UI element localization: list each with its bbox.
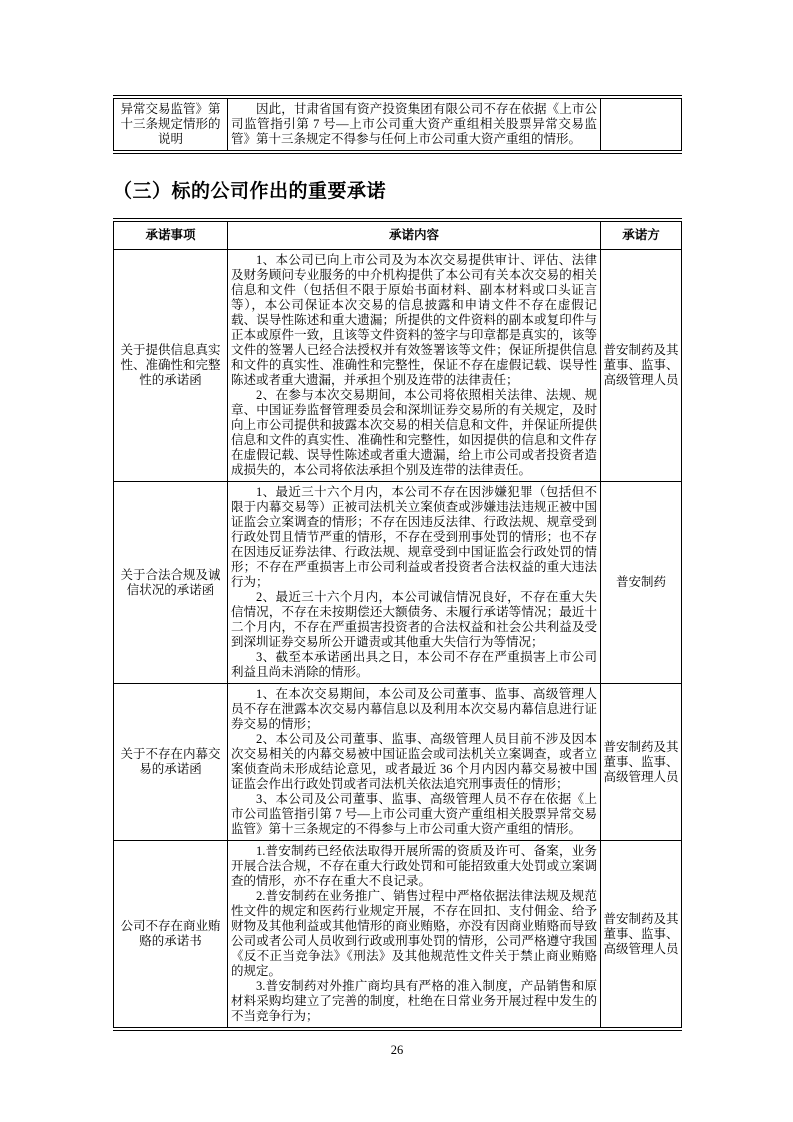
content-paragraph: 3.普安制药对外推广商均具有严格的准入制度，产品销售和原材料采购均建立了完善的制… bbox=[231, 979, 597, 1024]
commitments-table: 承诺事项 承诺内容 承诺方 关于提供信息真实性、准确性和完整性的承诺函1、本公司… bbox=[113, 218, 682, 1031]
content-paragraph: 2、最近三十六个月内，本公司诚信情况良好，不存在重大失信情况，不存在未按期偿还大… bbox=[231, 590, 597, 650]
content-paragraph: 1、最近三十六个月内，本公司不存在因涉嫌犯罪（包括但不限于内幕交易等）正被司法机… bbox=[231, 485, 597, 590]
content-paragraph: 2、在参与本次交易期间，本公司将依照相关法律、法规、规章、中国证券监督管理委员会… bbox=[231, 388, 597, 478]
commitment-party: 普安制药及其董事、监事、高级管理人员 bbox=[601, 684, 682, 841]
table-row: 关于不存在内幕交易的承诺函1、在本次交易期间，本公司及公司董事、监事、高级管理人… bbox=[114, 684, 682, 841]
content-paragraph: 3、本公司及公司董事、监事、高级管理人员不存在依据《上市公司监管指引第 7 号—… bbox=[231, 792, 597, 837]
content-paragraph: 1、本公司已向上市公司及为本次交易提供审计、评估、法律及财务顾问专业服务的中介机… bbox=[231, 253, 597, 388]
continued-commitments-table: 异常交易监管》第十三条规定情形的说明 因此，甘肃省国有资产投资集团有限公司不存在… bbox=[113, 95, 682, 154]
page-number: 26 bbox=[113, 1043, 681, 1058]
table-row: 关于提供信息真实性、准确性和完整性的承诺函1、本公司已向上市公司及为本次交易提供… bbox=[114, 250, 682, 482]
table-row: 公司不存在商业贿赂的承诺书1.普安制药已经依法取得开展所需的资质及许可、备案，业… bbox=[114, 841, 682, 1030]
commitment-content: 因此，甘肃省国有资产投资集团有限公司不存在依据《上市公司监管指引第 7 号—上市… bbox=[228, 97, 601, 152]
commitment-item: 公司不存在商业贿赂的承诺书 bbox=[114, 841, 228, 1030]
commitment-content: 1.普安制药已经依法取得开展所需的资质及许可、备案，业务开展合法合规，不存在重大… bbox=[228, 841, 601, 1030]
commitment-content: 1、最近三十六个月内，本公司不存在因涉嫌犯罪（包括但不限于内幕交易等）正被司法机… bbox=[228, 482, 601, 684]
commitment-content: 1、本公司已向上市公司及为本次交易提供审计、评估、法律及财务顾问专业服务的中介机… bbox=[228, 250, 601, 482]
commitment-party bbox=[601, 97, 682, 152]
content-paragraph: 2.普安制药在业务推广、销售过程中严格依据法律法规及规范性文件的规定和医药行业规… bbox=[231, 889, 597, 979]
table-header-row: 承诺事项 承诺内容 承诺方 bbox=[114, 220, 682, 250]
content-paragraph: 2、本公司及公司董事、监事、高级管理人员目前不涉及因本次交易相关的内幕交易被中国… bbox=[231, 732, 597, 792]
section-heading: （三）标的公司作出的重要承诺 bbox=[113, 176, 681, 203]
commitment-item: 关于提供信息真实性、准确性和完整性的承诺函 bbox=[114, 250, 228, 482]
commitment-party: 普安制药及其董事、监事、高级管理人员 bbox=[601, 250, 682, 482]
commitment-party: 普安制药及其董事、监事、高级管理人员 bbox=[601, 841, 682, 1030]
header-commitment-party: 承诺方 bbox=[601, 220, 682, 250]
table-row: 关于合法合规及诚信状况的承诺函1、最近三十六个月内，本公司不存在因涉嫌犯罪（包括… bbox=[114, 482, 682, 684]
content-paragraph: 1.普安制药已经依法取得开展所需的资质及许可、备案，业务开展合法合规，不存在重大… bbox=[231, 844, 597, 889]
content-paragraph: 1、在本次交易期间，本公司及公司董事、监事、高级管理人员不存在泄露本次交易内幕信… bbox=[231, 687, 597, 732]
commitment-item: 关于不存在内幕交易的承诺函 bbox=[114, 684, 228, 841]
table-row: 异常交易监管》第十三条规定情形的说明 因此，甘肃省国有资产投资集团有限公司不存在… bbox=[114, 97, 682, 152]
commitment-party: 普安制药 bbox=[601, 482, 682, 684]
content-paragraph: 因此，甘肃省国有资产投资集团有限公司不存在依据《上市公司监管指引第 7 号—上市… bbox=[231, 102, 597, 147]
header-commitment-content: 承诺内容 bbox=[228, 220, 601, 250]
commitment-content: 1、在本次交易期间，本公司及公司董事、监事、高级管理人员不存在泄露本次交易内幕信… bbox=[228, 684, 601, 841]
commitment-item: 关于合法合规及诚信状况的承诺函 bbox=[114, 482, 228, 684]
commitment-item: 异常交易监管》第十三条规定情形的说明 bbox=[114, 97, 228, 152]
content-paragraph: 3、截至本承诺函出具之日，本公司不存在严重损害上市公司利益且尚未消除的情形。 bbox=[231, 650, 597, 680]
document-page: 异常交易监管》第十三条规定情形的说明 因此，甘肃省国有资产投资集团有限公司不存在… bbox=[0, 0, 793, 1122]
header-commitment-item: 承诺事项 bbox=[114, 220, 228, 250]
